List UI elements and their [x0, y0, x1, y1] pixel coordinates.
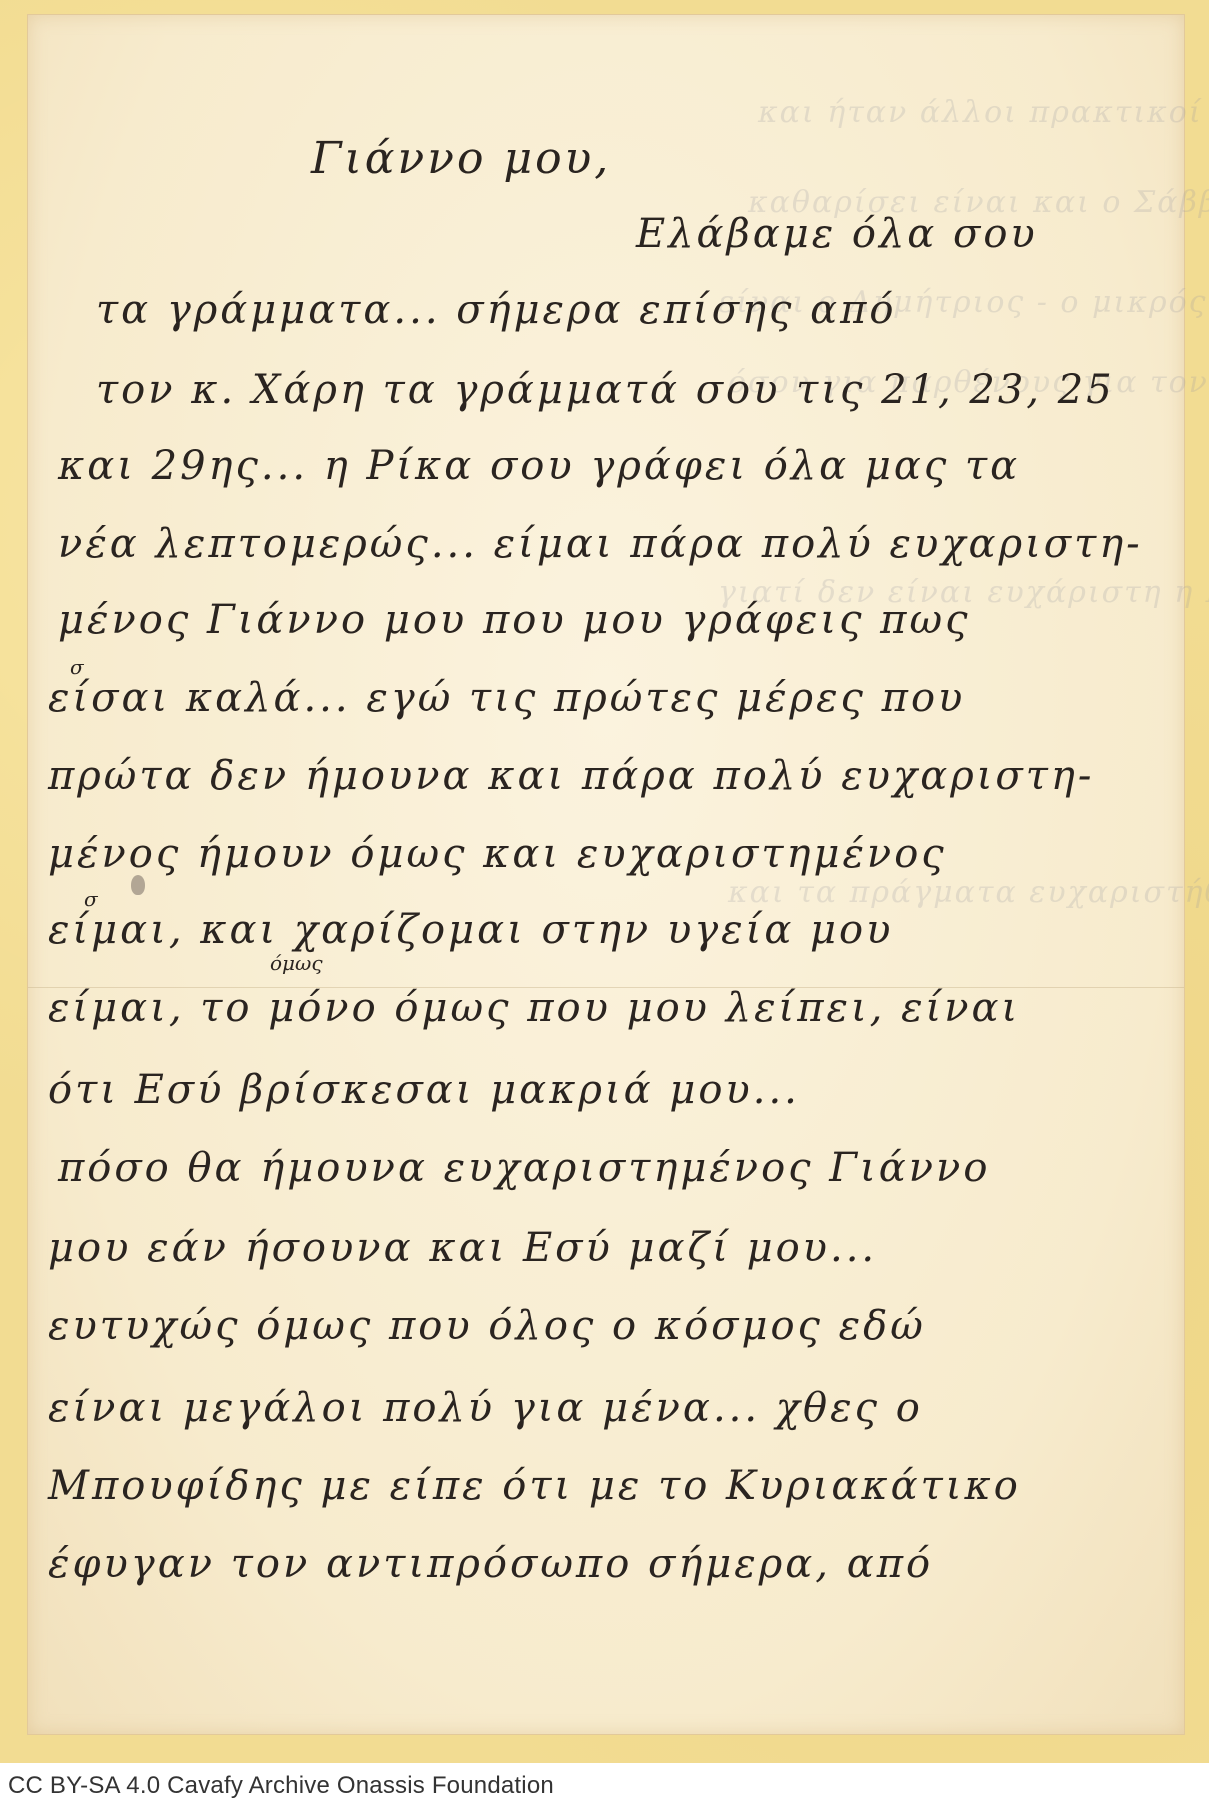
letter-line: νέα λεπτομερώς... είμαι πάρα πολύ ευχαρι… [58, 521, 1143, 567]
letter-line: ότι Εσύ βρίσκεσαι μακριά μου... [48, 1067, 800, 1113]
letter-line: τον κ. Χάρη τα γράμματά σου τις 21, 23, … [96, 367, 1115, 413]
letter-line: ευτυχώς όμως που όλος ο κόσμος εδώ [48, 1303, 926, 1349]
archive-credit: CC BY-SA 4.0 Cavafy Archive Onassis Foun… [8, 1772, 554, 1800]
bleed-through-line: και ήταν άλλοι πρακτικοί ένας μικρός [758, 95, 1209, 130]
letter-line: μένος Γιάννο μου που μου γράφεις πως [58, 597, 971, 643]
letter-line: πρώτα δεν ήμουνα και πάρα πολύ ευχαριστη… [48, 753, 1094, 799]
salutation: Γιάννο μου, [311, 133, 611, 184]
letter-line: πόσο θα ήμουνα ευχαριστημένος Γιάννο [58, 1145, 990, 1191]
letter-line: έφυγαν τον αντιπρόσωπο σήμερα, από [48, 1541, 933, 1587]
letter-line: είναι μεγάλοι πολύ για μένα... χθες ο [48, 1385, 923, 1431]
bleed-through-line: και τα πράγματα ευχαριστήθηκαν ευχαριστο… [728, 875, 1209, 910]
letter-line: μου εάν ήσουνα και Εσύ μαζί μου... [48, 1225, 877, 1271]
letter-page: και ήταν άλλοι πρακτικοί ένας μικρός καθ… [27, 14, 1185, 1735]
letter-line: Μπουφίδης με είπε ότι με το Κυριακάτικο [48, 1463, 1021, 1509]
letter-line: και 29ης... η Ρίκα σου γράφει όλα μας τα [58, 443, 1020, 489]
interlinear-note: όμως [270, 951, 323, 975]
letter-line: είμαι, και χαρίζομαι στην υγεία μου [48, 907, 893, 953]
letter-line: είμαι, το μόνο όμως που μου λείπει, είνα… [48, 985, 1020, 1031]
letter-line: είσαι καλά... εγώ τις πρώτες μέρες που [48, 675, 965, 721]
ink-blot-icon [131, 875, 145, 895]
letter-line: μένος ήμουν όμως και ευχαριστημένος [48, 831, 947, 877]
letter-line: Ελάβαμε όλα σου [636, 211, 1038, 257]
letter-line: τα γράμματα... σήμερα επίσης από [96, 287, 896, 333]
